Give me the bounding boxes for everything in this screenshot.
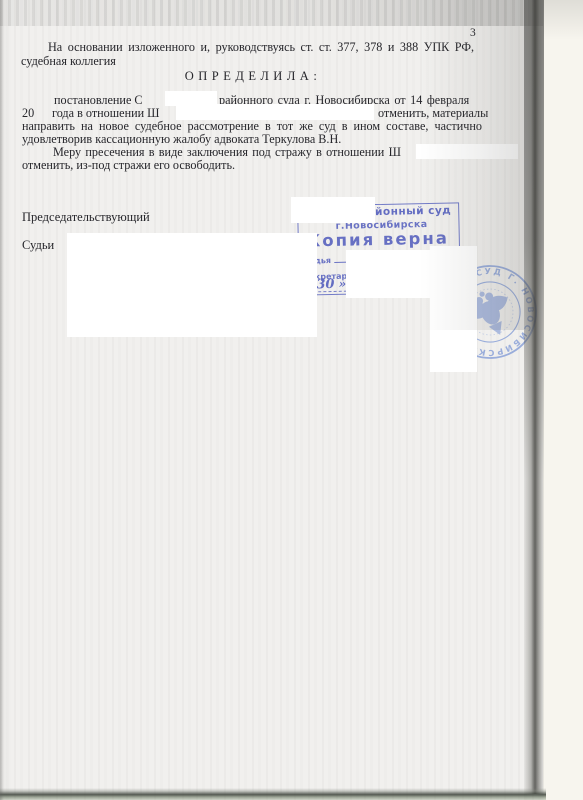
scan-artifact-right-strip-shade — [543, 0, 583, 40]
scan-artifact-right-shadow — [524, 0, 544, 794]
redaction-box-defendant — [176, 104, 374, 120]
signature-chairman-label: Председательствующий — [22, 211, 150, 224]
scan-artifact-topright-shade — [420, 0, 524, 330]
redaction-box-signatures — [67, 233, 317, 337]
scan-artifact-left-edge — [0, 0, 4, 800]
intro-line-1: На основании изложенного и, руководствуя… — [48, 41, 474, 54]
scanned-court-document-page: 3 На основании изложенного и, руководств… — [0, 0, 583, 800]
ruling-line6: отменить, из-под стражи его освободить. — [22, 159, 235, 172]
scan-artifact-right-strip — [543, 0, 583, 800]
redaction-box-stamp-district — [291, 197, 375, 223]
intro-line-2: судебная коллегия — [21, 55, 116, 68]
ruling-heading: ОПРЕДЕЛИЛА: — [23, 70, 483, 83]
scan-artifact-bottom-edge — [0, 788, 546, 800]
signature-judges-label: Судьи — [22, 239, 54, 252]
